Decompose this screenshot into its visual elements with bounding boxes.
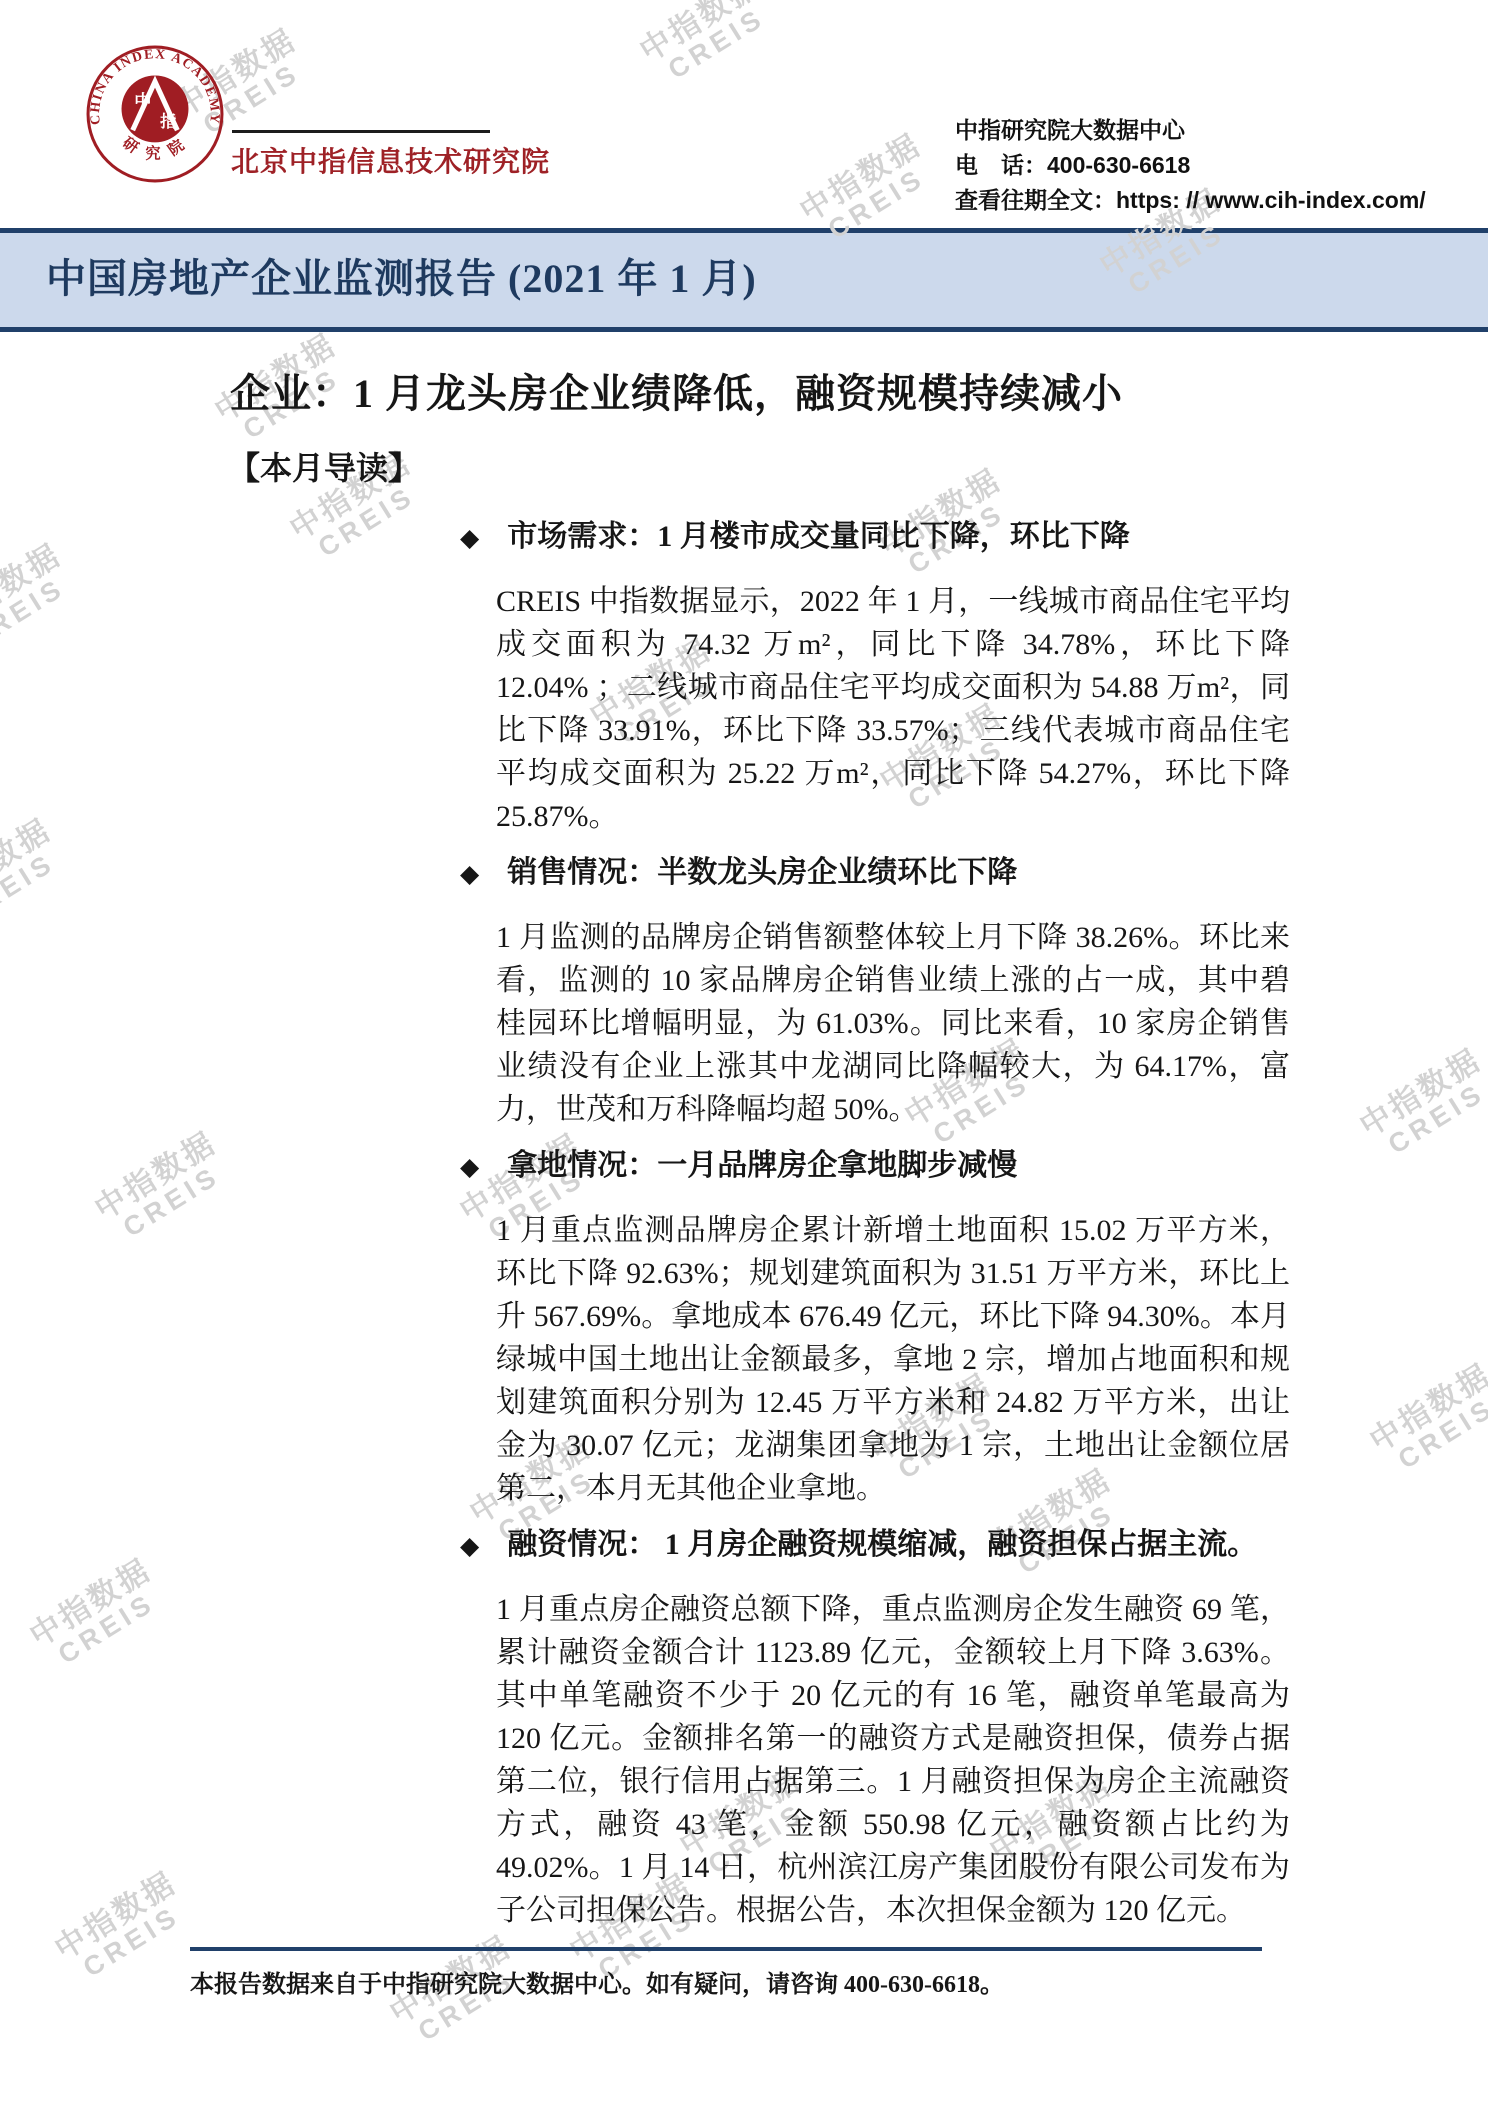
section-heading: ◆销售情况：半数龙头房企业绩环比下降 [460, 854, 1292, 892]
organization-name: 北京中指信息技术研究院 [231, 140, 550, 180]
section-heading: ◆市场需求：1 月楼市成交量同比下降，环比下降 [460, 518, 1292, 556]
archive-label: 查看往期全文： [955, 188, 1116, 213]
section-market-demand: ◆市场需求：1 月楼市成交量同比下降，环比下降 CREIS 中指数据显示，202… [460, 518, 1292, 838]
section-land-acquisition: ◆拿地情况：一月品牌房企拿地脚步减慢 1 月重点监测品牌房企累计新增土地面积 1… [460, 1147, 1292, 1510]
section-heading-text: 拿地情况：一月品牌房企拿地脚步减慢 [507, 1147, 1017, 1185]
phone-label: 电 话： [955, 153, 1047, 178]
section-body: 1 月监测的品牌房企销售额整体较上月下降 38.26%。环比来看，监测的 10 … [496, 916, 1290, 1131]
section-heading: ◆融资情况： 1 月房企融资规模缩减，融资担保占据主流。 [460, 1526, 1292, 1564]
article-title: 企业：1 月龙头房企业绩降低，融资规模持续减小 [230, 370, 1488, 418]
header-divider-line [232, 130, 490, 133]
section-heading-text: 销售情况：半数龙头房企业绩环比下降 [507, 854, 1017, 892]
diamond-bullet-icon: ◆ [460, 526, 479, 551]
footer-divider-line [190, 1947, 1262, 1951]
article-content: 企业：1 月龙头房企业绩降低，融资规模持续减小 【本月导读】 ◆市场需求：1 月… [0, 332, 1488, 1932]
diamond-bullet-icon: ◆ [460, 1534, 479, 1559]
section-heading-text: 市场需求：1 月楼市成交量同比下降，环比下降 [507, 518, 1130, 556]
section-body: 1 月重点房企融资总额下降，重点监测房企发生融资 69 笔，累计融资金额合计 1… [496, 1588, 1290, 1932]
logo-center-char-top: 中 [134, 91, 151, 111]
diamond-bullet-icon: ◆ [460, 862, 479, 887]
report-banner-title: 中国房地产企业监测报告 (2021 年 1 月) [46, 228, 757, 332]
phone-number: 400-630-6618 [1047, 152, 1190, 178]
contact-dept: 中指研究院大数据中心 [955, 114, 1426, 148]
section-body: 1 月重点监测品牌房企累计新增土地面积 15.02 万平方米，环比下降 92.6… [496, 1209, 1290, 1510]
monthly-guide-label: 【本月导读】 [228, 448, 1488, 488]
contact-block: 中指研究院大数据中心 电 话：400-630-6618 查看往期全文：https… [955, 114, 1426, 218]
section-heading-text: 融资情况： 1 月房企融资规模缩减，融资担保占据主流。 [507, 1526, 1257, 1564]
section-heading: ◆拿地情况：一月品牌房企拿地脚步减慢 [460, 1147, 1292, 1185]
contact-archive-row: 查看往期全文：https: // www.cih-index.com/ [955, 183, 1426, 218]
archive-url: https: // www.cih-index.com/ [1116, 187, 1426, 213]
section-financing: ◆融资情况： 1 月房企融资规模缩减，融资担保占据主流。 1 月重点房企融资总额… [460, 1526, 1292, 1932]
footer-note: 本报告数据来自于中指研究院大数据中心。如有疑问，请咨询 400-630-6618… [190, 1964, 1004, 1999]
logo-center-char-bottom: 指 [159, 113, 176, 131]
section-sales: ◆销售情况：半数龙头房企业绩环比下降 1 月监测的品牌房企销售额整体较上月下降 … [460, 854, 1292, 1131]
contact-phone-row: 电 话：400-630-6618 [955, 148, 1426, 183]
diamond-bullet-icon: ◆ [460, 1155, 479, 1180]
report-page: 中指数据CREIS中指数据CREIS中指数据CREIS中指数据CREIS中指数据… [0, 0, 1488, 2104]
section-body: CREIS 中指数据显示，2022 年 1 月，一线城市商品住宅平均成交面积为 … [496, 580, 1290, 838]
china-index-academy-logo-icon: 中 指 CHINA INDEX ACADEMY 研 究 院 [85, 44, 225, 184]
